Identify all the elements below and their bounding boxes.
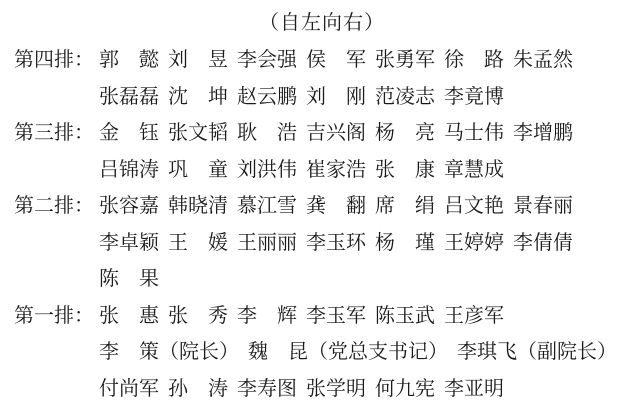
person-name: 景春丽 <box>513 188 573 225</box>
person-name: 龚 翻 <box>306 188 366 225</box>
person-name: 王 媛 <box>168 225 228 262</box>
person-name: 张 惠 <box>99 298 159 335</box>
person-name: 吉兴阁 <box>306 115 366 152</box>
person-name: 席 绢 <box>375 188 435 225</box>
row-label-spacer <box>14 225 94 262</box>
person-name: 朱孟然 <box>513 42 573 79</box>
person-name: 吕文艳 <box>444 188 504 225</box>
person-name: 徐 路 <box>444 42 504 79</box>
row-label-spacer <box>14 261 94 298</box>
name-line: 陈 果 <box>99 261 630 298</box>
person-name-with-title: 魏 昆（党总支书记） <box>248 334 448 371</box>
name-line: 金 钰 张文韬 耿 浩 吉兴阁 杨 亮 马士伟 李增鹏 <box>99 115 630 152</box>
person-name: 吕锦涛 <box>99 152 159 189</box>
name-line: 付尚军 孙 涛 李寿图 张学明 何九宪 李亚明 <box>99 371 630 408</box>
person-name: 崔家浩 <box>306 152 366 189</box>
person-name: 耿 浩 <box>237 115 297 152</box>
person-name: 李竟博 <box>444 79 504 116</box>
person-name: 张学明 <box>306 371 366 408</box>
person-name: 陈玉武 <box>375 298 435 335</box>
row-label: 第三排： <box>14 115 94 152</box>
person-name: 张 康 <box>375 152 435 189</box>
row-third: 第三排： 金 钰 张文韬 耿 浩 吉兴阁 杨 亮 马士伟 李增鹏 吕锦涛 巩 童… <box>14 115 630 188</box>
person-name: 张 秀 <box>168 298 228 335</box>
person-name: 李玉军 <box>306 298 366 335</box>
document-page: （自左向右） 第四排： 郭 懿 刘 昱 李会强 侯 军 张勇军 徐 路 朱孟然 … <box>0 0 638 409</box>
person-name: 刘 刚 <box>306 79 366 116</box>
person-name-with-title: 李 策（院长） <box>99 334 239 371</box>
person-name: 侯 军 <box>306 42 366 79</box>
person-name: 范凌志 <box>375 79 435 116</box>
person-name: 王婷婷 <box>444 225 504 262</box>
person-name: 章慧成 <box>444 152 504 189</box>
person-name: 李寿图 <box>237 371 297 408</box>
person-name: 刘洪伟 <box>237 152 297 189</box>
name-line: 张 惠 张 秀 李 辉 李玉军 陈玉武 王彦军 <box>99 298 630 335</box>
direction-note: （自左向右） <box>14 5 630 42</box>
person-name: 杨 亮 <box>375 115 435 152</box>
name-line: 张磊磊 沈 坤 赵云鹏 刘 刚 范凌志 李竟博 <box>99 79 630 116</box>
person-name: 李倩倩 <box>513 225 573 262</box>
row-label-spacer <box>14 152 94 189</box>
person-name: 李卓颖 <box>99 225 159 262</box>
person-name: 巩 童 <box>168 152 228 189</box>
person-name: 金 钰 <box>99 115 159 152</box>
person-name: 张容嘉 <box>99 188 159 225</box>
row-label-spacer <box>14 334 94 371</box>
row-fourth: 第四排： 郭 懿 刘 昱 李会强 侯 军 张勇军 徐 路 朱孟然 张磊磊 沈 坤… <box>14 42 630 115</box>
row-label: 第二排： <box>14 188 94 225</box>
person-name: 慕江雪 <box>237 188 297 225</box>
row-label: 第一排： <box>14 298 94 335</box>
person-name-with-title: 李琪飞（副院长） <box>457 334 617 371</box>
name-line: 郭 懿 刘 昱 李会强 侯 军 张勇军 徐 路 朱孟然 <box>99 42 630 79</box>
person-name: 郭 懿 <box>99 42 159 79</box>
row-first: 第一排： 张 惠 张 秀 李 辉 李玉军 陈玉武 王彦军 李 策（院长） 魏 昆… <box>14 298 630 408</box>
name-line: 李卓颖 王 媛 王丽丽 李玉环 杨 瑾 王婷婷 李倩倩 <box>99 225 630 262</box>
person-name: 李会强 <box>237 42 297 79</box>
person-name: 陈 果 <box>99 261 159 298</box>
person-name: 李 辉 <box>237 298 297 335</box>
person-name: 王彦军 <box>444 298 504 335</box>
person-name: 张文韬 <box>168 115 228 152</box>
person-name: 李亚明 <box>444 371 504 408</box>
row-label-spacer <box>14 79 94 116</box>
person-name: 赵云鹏 <box>237 79 297 116</box>
person-name: 沈 坤 <box>168 79 228 116</box>
row-second: 第二排： 张容嘉 韩晓清 慕江雪 龚 翻 席 绢 吕文艳 景春丽 李卓颖 王 媛… <box>14 188 630 298</box>
person-name: 王丽丽 <box>237 225 297 262</box>
person-name: 张磊磊 <box>99 79 159 116</box>
person-name: 李增鹏 <box>513 115 573 152</box>
person-name: 张勇军 <box>375 42 435 79</box>
person-name: 韩晓清 <box>168 188 228 225</box>
name-line: 张容嘉 韩晓清 慕江雪 龚 翻 席 绢 吕文艳 景春丽 <box>99 188 630 225</box>
name-line: 李 策（院长） 魏 昆（党总支书记） 李琪飞（副院长） <box>99 334 630 371</box>
person-name: 李玉环 <box>306 225 366 262</box>
person-name: 马士伟 <box>444 115 504 152</box>
person-name: 杨 瑾 <box>375 225 435 262</box>
person-name: 付尚军 <box>99 371 159 408</box>
person-name: 孙 涛 <box>168 371 228 408</box>
row-label-spacer <box>14 371 94 408</box>
name-line: 吕锦涛 巩 童 刘洪伟 崔家浩 张 康 章慧成 <box>99 152 630 189</box>
person-name: 何九宪 <box>375 371 435 408</box>
row-label: 第四排： <box>14 42 94 79</box>
person-name: 刘 昱 <box>168 42 228 79</box>
